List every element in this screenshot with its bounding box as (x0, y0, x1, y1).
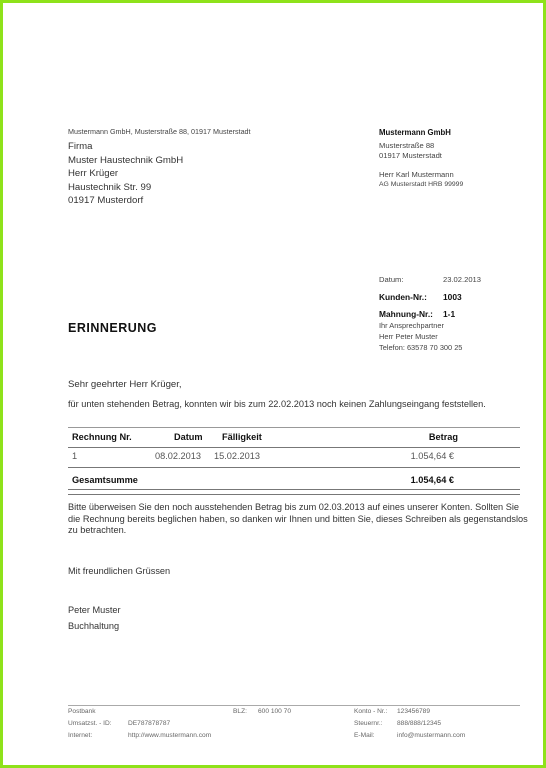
signature: Peter Muster Buchhaltung (68, 602, 121, 634)
table-header: Rechnung Nr. Datum Fälligkeit Betrag (68, 428, 520, 447)
footer-vat-value: DE787878787 (128, 720, 170, 727)
invoice-table: Rechnung Nr. Datum Fälligkeit Betrag 1 0… (68, 427, 520, 495)
signature-department: Buchhaltung (68, 618, 121, 634)
footer-tax-value: 888/888/12345 (397, 720, 441, 727)
recipient-address: Firma Muster Haustechnik GmbH Herr Krüge… (68, 140, 183, 208)
footer-account-value: 123456789 (397, 708, 430, 715)
footer-tax-label: Steuernr.: (354, 720, 383, 727)
customer-label: Kunden-Nr.: (379, 292, 443, 302)
contact-label: Ihr Ansprechpartner (379, 320, 462, 331)
footer-email-label: E-Mail: (354, 732, 375, 739)
footer-web-label: Internet: (68, 732, 92, 739)
intro-paragraph: für unten stehenden Betrag, konnten wir … (68, 399, 523, 410)
row-invoice: 1 (72, 451, 77, 461)
signature-name: Peter Muster (68, 602, 121, 618)
recipient-line: Haustechnik Str. 99 (68, 181, 183, 195)
company-street: Musterstraße 88 (379, 141, 463, 151)
company-name: Mustermann GmbH (379, 128, 463, 138)
company-register: AG Musterstadt HRB 99999 (379, 180, 463, 190)
total-label: Gesamtsumme (72, 475, 138, 485)
document-title: ERINNERUNG (68, 321, 157, 335)
salutation: Sehr geehrter Herr Krüger, (68, 379, 182, 390)
footer-account-label: Konto - Nr.: (354, 708, 387, 715)
row-due: 15.02.2013 (214, 451, 260, 461)
recipient-line: Herr Krüger (68, 167, 183, 181)
footer-divider (68, 705, 520, 706)
recipient-line: 01917 Musterdorf (68, 194, 183, 208)
header-invoice: Rechnung Nr. (72, 432, 132, 442)
meta-date: Datum: 23.02.2013 (379, 271, 481, 288)
contact-block: Ihr Ansprechpartner Herr Peter Muster Te… (379, 320, 462, 353)
header-due: Fälligkeit (222, 432, 262, 442)
footer-vat-label: Umsatzst. - ID: (68, 720, 112, 727)
reminder-value: 1-1 (443, 309, 455, 319)
company-block: Mustermann GmbH Musterstraße 88 01917 Mu… (379, 128, 463, 190)
recipient-line: Muster Haustechnik GmbH (68, 154, 183, 168)
header-date: Datum (174, 432, 203, 442)
greeting: Mit freundlichen Grüssen (68, 566, 170, 576)
footer-blz-value: 600 100 70 (258, 708, 291, 715)
footer-bank: Postbank (68, 708, 96, 715)
row-amount: 1.054,64 € (411, 451, 454, 461)
date-value: 23.02.2013 (443, 275, 481, 284)
sender-return-address: Mustermann GmbH, Musterstraße 88, 01917 … (68, 127, 251, 136)
recipient-line: Firma (68, 140, 183, 154)
row-date: 08.02.2013 (155, 451, 201, 461)
total-value: 1.054,64 € (411, 475, 454, 485)
footer-web-link[interactable]: http://www.mustermann.com (128, 732, 211, 739)
footer-email-link[interactable]: info@mustermann.com (397, 732, 465, 739)
letter-page: Mustermann GmbH, Musterstraße 88, 01917 … (3, 3, 543, 765)
closing-paragraph: Bitte überweisen Sie den noch ausstehend… (68, 502, 528, 537)
contact-name: Herr Peter Muster (379, 331, 462, 342)
customer-value: 1003 (443, 292, 462, 302)
header-amount: Betrag (429, 432, 458, 442)
footer-blz-label: BLZ: (233, 708, 247, 715)
reminder-label: Mahnung-Nr.: (379, 309, 443, 319)
letter-meta: Datum: 23.02.2013 Kunden-Nr.: 1003 Mahnu… (379, 271, 481, 322)
company-city: 01917 Musterstadt (379, 151, 463, 161)
meta-customer: Kunden-Nr.: 1003 (379, 288, 481, 305)
table-row: 1 08.02.2013 15.02.2013 1.054,64 € (68, 448, 520, 467)
table-total: Gesamtsumme 1.054,64 € (68, 468, 520, 489)
company-manager: Herr Karl Mustermann (379, 170, 463, 180)
contact-phone: Telefon: 63578 70 300 25 (379, 342, 462, 353)
date-label: Datum: (379, 275, 443, 284)
